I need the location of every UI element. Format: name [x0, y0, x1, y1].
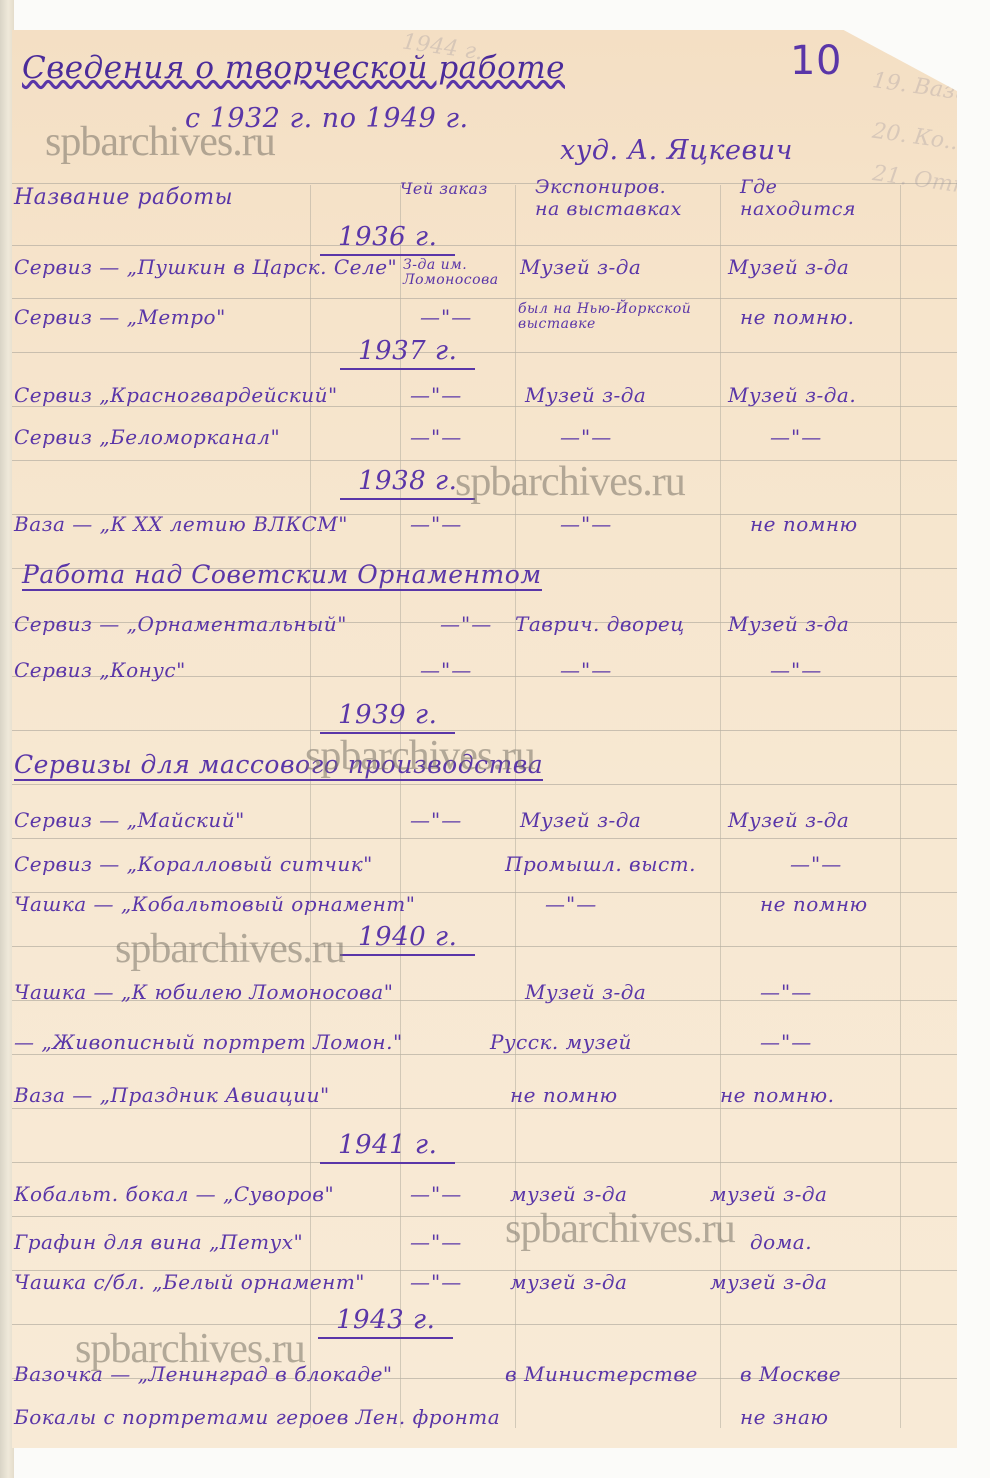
row-location: —"—	[790, 852, 842, 876]
row-location: —"—	[770, 425, 822, 449]
section-subheading: Работа над Советским Орнаментом	[22, 560, 542, 591]
row-client: —"—	[410, 425, 462, 449]
row-location: Музей з-да	[728, 255, 849, 279]
ruled-line	[12, 784, 957, 785]
row-location: Музей з-да	[728, 612, 849, 636]
row-exhibited: не помню	[510, 1083, 618, 1107]
bleed-through-text: 19. Вазы	[871, 68, 975, 107]
column-rule	[400, 185, 401, 1428]
row-name: Сервиз — „Пушкин в Царск. Селе"	[14, 255, 397, 279]
row-name: Сервиз „Беломорканал"	[14, 425, 280, 449]
row-name: Графин для вина „Петух"	[14, 1230, 303, 1254]
header-location-2: находится	[740, 200, 856, 218]
year-heading: 1937 г.	[340, 336, 475, 370]
year-heading: 1940 г.	[340, 922, 475, 956]
row-exhibited: Музей з-да	[525, 383, 646, 407]
row-name: Сервиз „Красногвардейский"	[14, 383, 338, 407]
row-location: не помню.	[720, 1083, 835, 1107]
year-heading: 1936 г.	[320, 222, 455, 256]
ruled-line	[12, 1054, 957, 1055]
row-location: Музей з-да	[728, 808, 849, 832]
row-client: —"—	[410, 1230, 462, 1254]
year-heading: 1943 г.	[318, 1305, 453, 1339]
ruled-line	[12, 1108, 957, 1109]
row-name: Вазочка — „Ленинград в блокаде"	[14, 1362, 393, 1386]
row-client: З-да им. Ломоносова	[403, 258, 503, 288]
ruled-line	[12, 1216, 957, 1217]
row-location: музей з-да	[710, 1270, 827, 1294]
ruled-line	[12, 245, 957, 246]
year-heading: 1941 г.	[320, 1130, 455, 1164]
row-name: Сервиз — „Коралловый ситчик"	[14, 852, 373, 876]
row-exhibited: был на Нью-Йоркской выставке	[518, 302, 708, 332]
row-location: не помню	[750, 512, 858, 536]
row-location: не помню	[760, 892, 868, 916]
header-client: Чей заказ	[400, 180, 488, 198]
ruled-line	[12, 352, 957, 353]
header-exhibited-2: на выставках	[535, 200, 682, 218]
row-name: Ваза — „Праздник Авиации"	[14, 1083, 330, 1107]
author: худ. А. Яцкевич	[560, 135, 793, 166]
row-name: Кобальт. бокал — „Суворов"	[14, 1182, 334, 1206]
header-exhibited-1: Экспониров.	[535, 178, 666, 196]
watermark: spbarchives.ru	[115, 925, 345, 973]
row-location: дома.	[750, 1230, 812, 1254]
row-client: —"—	[410, 1270, 462, 1294]
row-client: —"—	[420, 305, 472, 329]
row-name: Сервиз — „Майский"	[14, 808, 245, 832]
row-exhibited: Русск. музей	[490, 1030, 632, 1054]
row-name: Сервиз — „Орнаментальный"	[14, 612, 347, 636]
row-name: Сервиз „Конус"	[14, 658, 186, 682]
ruled-line	[12, 730, 957, 731]
row-exhibited: Таврич. дворец	[515, 612, 685, 636]
row-name: Чашка с/бл. „Белый орнамент"	[14, 1270, 365, 1294]
row-name: Бокалы с портретами героев Лен. фронта	[14, 1405, 500, 1429]
row-exhibited: Музей з-да	[520, 808, 641, 832]
row-location: не знаю	[740, 1405, 828, 1429]
watermark: spbarchives.ru	[505, 1205, 735, 1253]
row-location: Музей з-да.	[728, 383, 856, 407]
row-location: не помню.	[740, 305, 855, 329]
row-exhibited: Музей з-да	[525, 980, 646, 1004]
row-client: —"—	[410, 383, 462, 407]
row-name: Сервиз — „Метро"	[14, 305, 226, 329]
watermark: spbarchives.ru	[45, 118, 275, 166]
row-exhibited: —"—	[560, 425, 612, 449]
bleed-through-text: 20. Ко...	[871, 119, 967, 157]
ruled-line	[12, 1162, 957, 1163]
header-work-name: Название работы	[14, 185, 233, 210]
row-exhibited: Промышл. выст.	[505, 852, 696, 876]
row-exhibited: музей з-да	[510, 1182, 627, 1206]
header-location-1: Где	[740, 178, 777, 196]
row-location: —"—	[760, 980, 812, 1004]
column-rule	[900, 185, 901, 1428]
row-name: Чашка — „К юбилею Ломоносова"	[14, 980, 393, 1004]
row-location: —"—	[770, 658, 822, 682]
binding-edge	[0, 0, 14, 1478]
row-exhibited: —"—	[560, 658, 612, 682]
row-exhibited: музей з-да	[510, 1270, 627, 1294]
watermark: spbarchives.ru	[305, 732, 535, 780]
row-name: Ваза — „К XX летию ВЛКСМ"	[14, 512, 348, 536]
document-title: Сведения о творческой работе	[22, 50, 565, 86]
year-heading: 1939 г.	[320, 700, 455, 734]
ruled-line	[12, 298, 957, 299]
column-rule	[310, 185, 311, 1428]
ruled-line	[12, 838, 957, 839]
row-location: музей з-да	[710, 1182, 827, 1206]
row-client: —"—	[410, 1182, 462, 1206]
watermark: spbarchives.ru	[455, 458, 685, 506]
row-client: —"—	[410, 808, 462, 832]
row-client: —"—	[410, 512, 462, 536]
row-client: —"—	[545, 892, 597, 916]
row-exhibited: в Министерстве	[505, 1362, 698, 1386]
bleed-through-text: 21. Отпр...	[871, 161, 990, 204]
row-exhibited: —"—	[560, 512, 612, 536]
row-location: в Москве	[740, 1362, 841, 1386]
row-client: —"—	[420, 658, 472, 682]
row-name: — „Живописный портрет Ломон."	[14, 1030, 403, 1054]
row-name: Чашка — „Кобальтовый орнамент"	[14, 892, 415, 916]
row-exhibited: Музей з-да	[520, 255, 641, 279]
row-location: —"—	[760, 1030, 812, 1054]
row-client: —"—	[440, 612, 492, 636]
page-number: 10	[790, 38, 842, 84]
